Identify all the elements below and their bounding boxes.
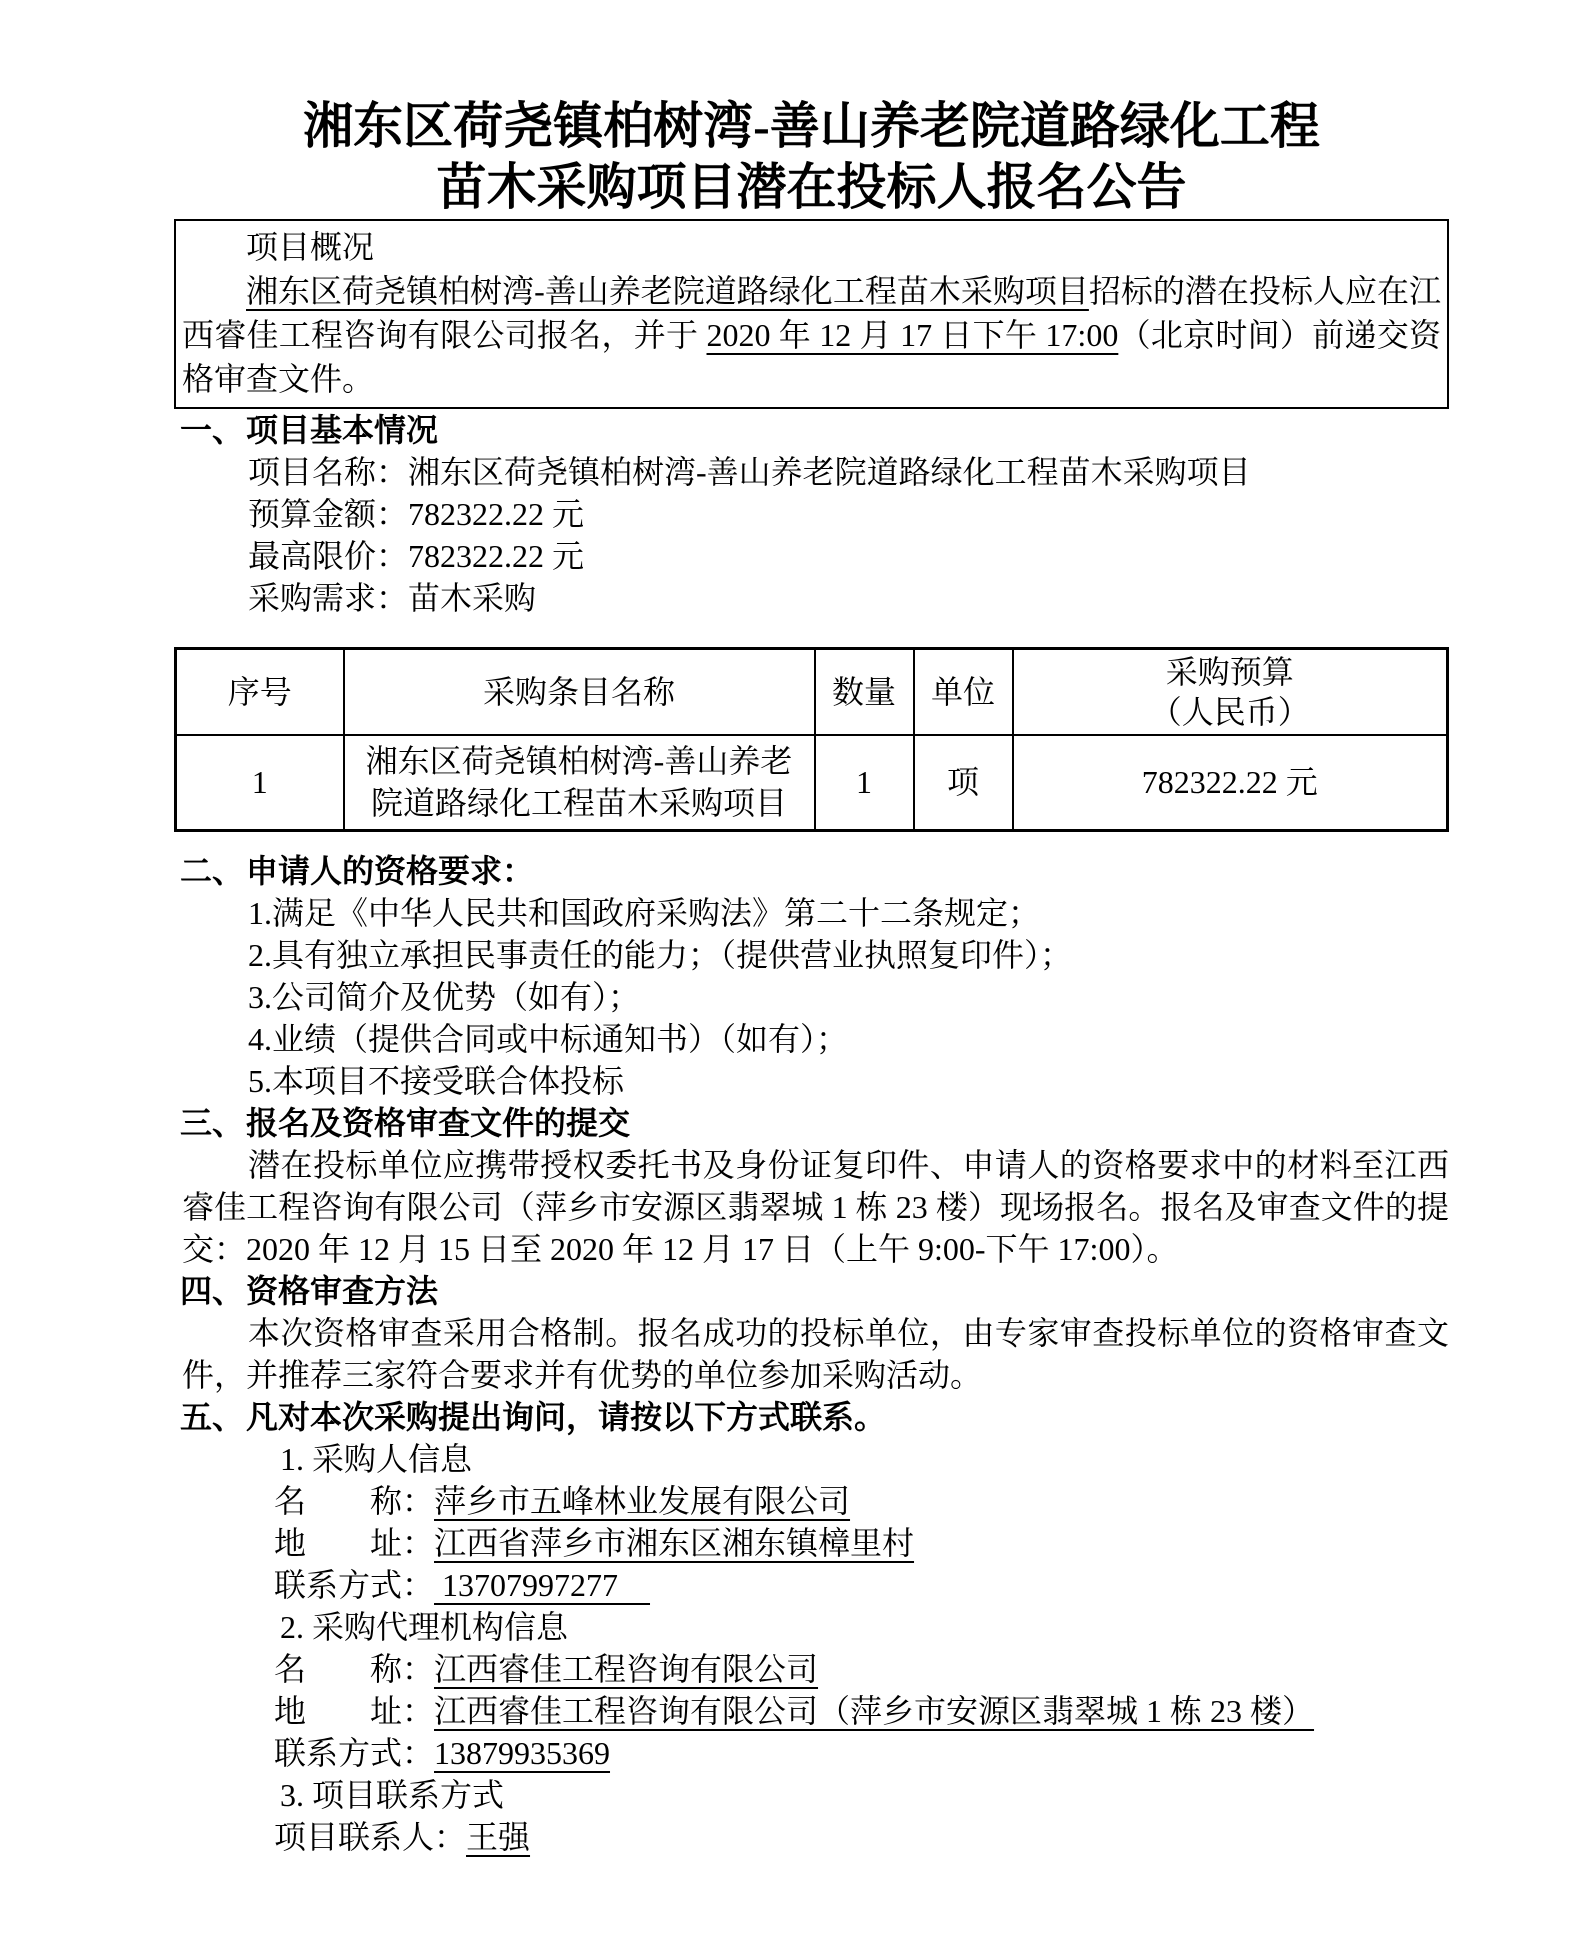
purchaser-name-value: 萍乡市五峰林业发展有限公司 bbox=[434, 1483, 850, 1519]
title-line-1: 湘东区荷尧镇柏树湾-善山养老院道路绿化工程 bbox=[174, 96, 1449, 157]
agency-address-line: 地 址：江西睿佳工程咨询有限公司（萍乡市安源区翡翠城 1 栋 23 楼） bbox=[174, 1690, 1449, 1732]
section5-heading-text: 凡对本次采购提出询问，请按以下方式联系。 bbox=[246, 1399, 886, 1435]
section4-heading-text: 资格审查方法 bbox=[246, 1273, 438, 1309]
budget-header-line1: 采购预算 bbox=[1020, 652, 1441, 692]
project-name-line: 项目名称：湘东区荷尧镇柏树湾-善山养老院道路绿化工程苗木采购项目 bbox=[174, 451, 1449, 493]
section3-number: 三、 bbox=[180, 1102, 246, 1144]
purchaser-contact-label: 联系方式： bbox=[274, 1567, 434, 1603]
agency-contact-line: 联系方式：13879935369 bbox=[174, 1732, 1449, 1774]
project-overview-box: 项目概况 湘东区荷尧镇柏树湾-善山养老院道路绿化工程苗木采购项目招标的潜在投标人… bbox=[174, 219, 1449, 409]
overview-deadline-underlined: 2020 年 12 月 17 日下午 17:00 bbox=[707, 317, 1119, 353]
purchaser-name-label: 名 称： bbox=[274, 1483, 434, 1519]
section2-heading-text: 申请人的资格要求： bbox=[246, 853, 534, 889]
section4-heading: 四、资格审查方法 bbox=[174, 1270, 1449, 1312]
overview-label: 项目概况 bbox=[182, 225, 1441, 269]
purchaser-name-line: 名 称：萍乡市五峰林业发展有限公司 bbox=[174, 1480, 1449, 1522]
table-header-row: 序号 采购条目名称 数量 单位 采购预算 （人民币） bbox=[176, 649, 1448, 736]
purchaser-address-value: 江西省萍乡市湘东区湘东镇樟里村 bbox=[434, 1525, 914, 1561]
purchaser-addr-label: 地 址： bbox=[274, 1525, 434, 1561]
section1-heading: 一、项目基本情况 bbox=[174, 409, 1449, 451]
col-header-item-name: 采购条目名称 bbox=[344, 649, 815, 736]
project-contact-value: 王强 bbox=[466, 1819, 530, 1855]
qualification-item-2: 2.具有独立承担民事责任的能力；（提供营业执照复印件）； bbox=[174, 934, 1449, 976]
agency-address-value: 江西睿佳工程咨询有限公司（萍乡市安源区翡翠城 1 栋 23 楼） bbox=[434, 1693, 1314, 1729]
cell-unit: 项 bbox=[914, 735, 1013, 830]
col-header-qty: 数量 bbox=[815, 649, 914, 736]
purchaser-contact-line: 联系方式： 13707997277 bbox=[174, 1564, 1449, 1606]
section5-number: 五、 bbox=[180, 1396, 246, 1438]
section3-paragraph: 潜在投标单位应携带授权委托书及身份证复印件、申请人的资格要求中的材料至江西睿佳工… bbox=[174, 1144, 1449, 1270]
section1-heading-text: 项目基本情况 bbox=[246, 412, 438, 448]
qualification-item-3: 3.公司简介及优势（如有）； bbox=[174, 976, 1449, 1018]
agency-contact-label: 联系方式： bbox=[274, 1735, 434, 1771]
project-contact-title: 3. 项目联系方式 bbox=[174, 1774, 1449, 1816]
cell-budget: 782322.22 元 bbox=[1013, 735, 1448, 830]
col-header-no: 序号 bbox=[176, 649, 344, 736]
section2-number: 二、 bbox=[180, 850, 246, 892]
section3-heading-text: 报名及资格审查文件的提交 bbox=[246, 1105, 630, 1141]
cell-no: 1 bbox=[176, 735, 344, 830]
project-contact-line: 项目联系人：王强 bbox=[174, 1816, 1449, 1858]
overview-project-name-underlined: 湘东区荷尧镇柏树湾-善山养老院道路绿化工程苗木采购项目 bbox=[246, 273, 1089, 309]
title-line-2: 苗木采购项目潜在投标人报名公告 bbox=[174, 157, 1449, 218]
procurement-items-table: 序号 采购条目名称 数量 单位 采购预算 （人民币） 1 湘东区荷尧镇柏树湾-善… bbox=[174, 647, 1449, 832]
budget-header-line2: （人民币） bbox=[1020, 692, 1441, 732]
agency-contact-value: 13879935369 bbox=[434, 1735, 610, 1771]
cell-qty: 1 bbox=[815, 735, 914, 830]
overview-paragraph: 湘东区荷尧镇柏树湾-善山养老院道路绿化工程苗木采购项目招标的潜在投标人应在江西睿… bbox=[182, 269, 1441, 401]
section4-number: 四、 bbox=[180, 1270, 246, 1312]
qualification-item-4: 4.业绩（提供合同或中标通知书）（如有）； bbox=[174, 1018, 1449, 1060]
col-header-unit: 单位 bbox=[914, 649, 1013, 736]
budget-amount-line: 预算金额：782322.22 元 bbox=[174, 493, 1449, 535]
section5-heading: 五、凡对本次采购提出询问，请按以下方式联系。 bbox=[174, 1396, 1449, 1438]
agency-name-value: 江西睿佳工程咨询有限公司 bbox=[434, 1651, 818, 1687]
col-header-budget: 采购预算 （人民币） bbox=[1013, 649, 1448, 736]
purchaser-contact-value: 13707997277 bbox=[434, 1567, 650, 1603]
qualification-item-5: 5.本项目不接受联合体投标 bbox=[174, 1060, 1449, 1102]
agency-name-label: 名 称： bbox=[274, 1651, 434, 1687]
section3-heading: 三、报名及资格审查文件的提交 bbox=[174, 1102, 1449, 1144]
project-contact-label: 项目联系人： bbox=[274, 1819, 466, 1855]
procurement-demand-line: 采购需求：苗木采购 bbox=[174, 577, 1449, 619]
section4-paragraph: 本次资格审查采用合格制。报名成功的投标单位，由专家审查投标单位的资格审查文件，并… bbox=[174, 1312, 1449, 1396]
agency-info-title: 2. 采购代理机构信息 bbox=[174, 1606, 1449, 1648]
purchaser-address-line: 江西省萍乡市湘东区湘东镇樟里村地 址：江西省萍乡市湘东区湘东镇樟里村 bbox=[174, 1522, 1449, 1564]
agency-addr-label: 地 址： bbox=[274, 1693, 434, 1729]
document-title: 湘东区荷尧镇柏树湾-善山养老院道路绿化工程 苗木采购项目潜在投标人报名公告 bbox=[174, 96, 1449, 218]
qualification-item-1: 1.满足《中华人民共和国政府采购法》第二十二条规定； bbox=[174, 892, 1449, 934]
purchaser-info-title: 1. 采购人信息 bbox=[174, 1438, 1449, 1480]
table-row: 1 湘东区荷尧镇柏树湾-善山养老院道路绿化工程苗木采购项目 1 项 782322… bbox=[176, 735, 1448, 830]
section1-number: 一、 bbox=[180, 409, 246, 451]
agency-name-line: 名 称：江西睿佳工程咨询有限公司 bbox=[174, 1648, 1449, 1690]
cell-item-name: 湘东区荷尧镇柏树湾-善山养老院道路绿化工程苗木采购项目 bbox=[344, 735, 815, 830]
document-page: 湘东区荷尧镇柏树湾-善山养老院道路绿化工程 苗木采购项目潜在投标人报名公告 项目… bbox=[0, 0, 1587, 1945]
section2-heading: 二、申请人的资格要求： bbox=[174, 850, 1449, 892]
max-price-line: 最高限价：782322.22 元 bbox=[174, 535, 1449, 577]
